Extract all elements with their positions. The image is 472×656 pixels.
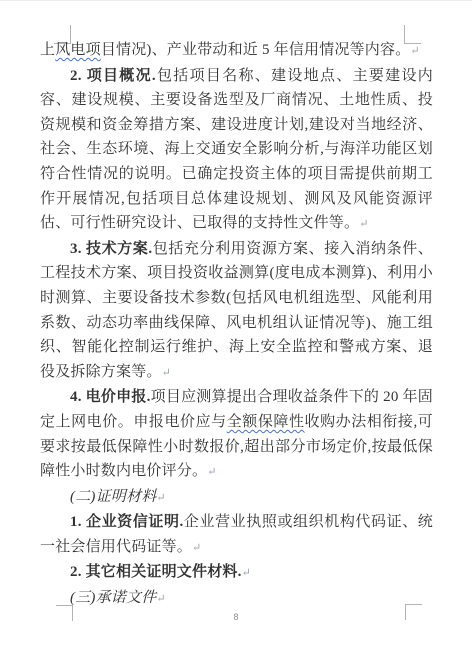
para-project-overview: 2. 项目概况.包括项目名称、建设地点、主要建设内容、建设规模、主要设备选型及厂… [40,64,433,237]
heading-certification-materials: (二)证明材料↵ [40,485,433,511]
paragraph-mark-icon: ↵ [156,492,165,504]
paragraph-mark-icon: ↵ [156,593,165,605]
document-body[interactable]: 上风电项目情况)、产业带动和近 5 年信用情况等内容。↵2. 项目概况.包括项目… [40,38,433,612]
paragraph-mark-icon: ↵ [207,466,216,478]
text-run: 包括充分利用资源方案、接入消纳条件、工程技术方案、项目投资收益测算(度电成本测算… [40,241,433,380]
para-previous-page-continuation: 上风电项目情况)、产业带动和近 5 年信用情况等内容。↵ [40,38,433,64]
text-run: 1. 企业资信证明. [70,514,184,530]
text-run: 4. 电价申报. [70,389,151,405]
paragraph-mark-icon: ↵ [162,367,171,379]
text-run: 上 [40,42,55,58]
page-number: 8 [0,612,472,622]
text-run: 2. 项目概况. [70,68,156,84]
document-page[interactable]: 上风电项目情况)、产业带动和近 5 年信用情况等内容。↵2. 项目概况.包括项目… [0,0,472,656]
para-enterprise-credit: 1. 企业资信证明.企业营业执照或组织机构代码证、统一社会信用代码证等。↵ [40,510,433,560]
para-tariff-declaration: 4. 电价申报.项目应测算提出合理收益条件下的 20 年固定上网电价。申报电价应… [40,385,433,484]
heading-commitment-documents: (三)承诺文件↵ [40,586,433,612]
text-run: 2. 其它相关证明文件材料. [70,564,242,580]
text-run: (二)证明材料 [70,489,156,505]
paragraph-mark-icon: ↵ [359,218,368,230]
para-technical-plan: 3. 技术方案.包括充分利用资源方案、接入消纳条件、工程技术方案、项目投资收益测… [40,237,433,386]
text-run: 全额保障性 [227,414,305,430]
paragraph-mark-icon: ↵ [410,45,419,57]
text-run: (三)承诺文件 [70,590,156,606]
paragraph-mark-icon: ↵ [192,542,201,554]
para-other-certification-documents: 2. 其它相关证明文件材料.↵ [40,560,433,586]
paragraph-mark-icon: ↵ [242,567,251,579]
text-run: 3. 技术方案. [70,241,152,257]
text-run: 目情况)、产业带动和近 5 年信用情况等内容。 [101,42,411,58]
text-run: 风电项 [55,42,101,58]
text-run: 包括项目名称、建设地点、主要建设内容、建设规模、主要设备选型及厂商情况、土地性质… [40,68,433,232]
